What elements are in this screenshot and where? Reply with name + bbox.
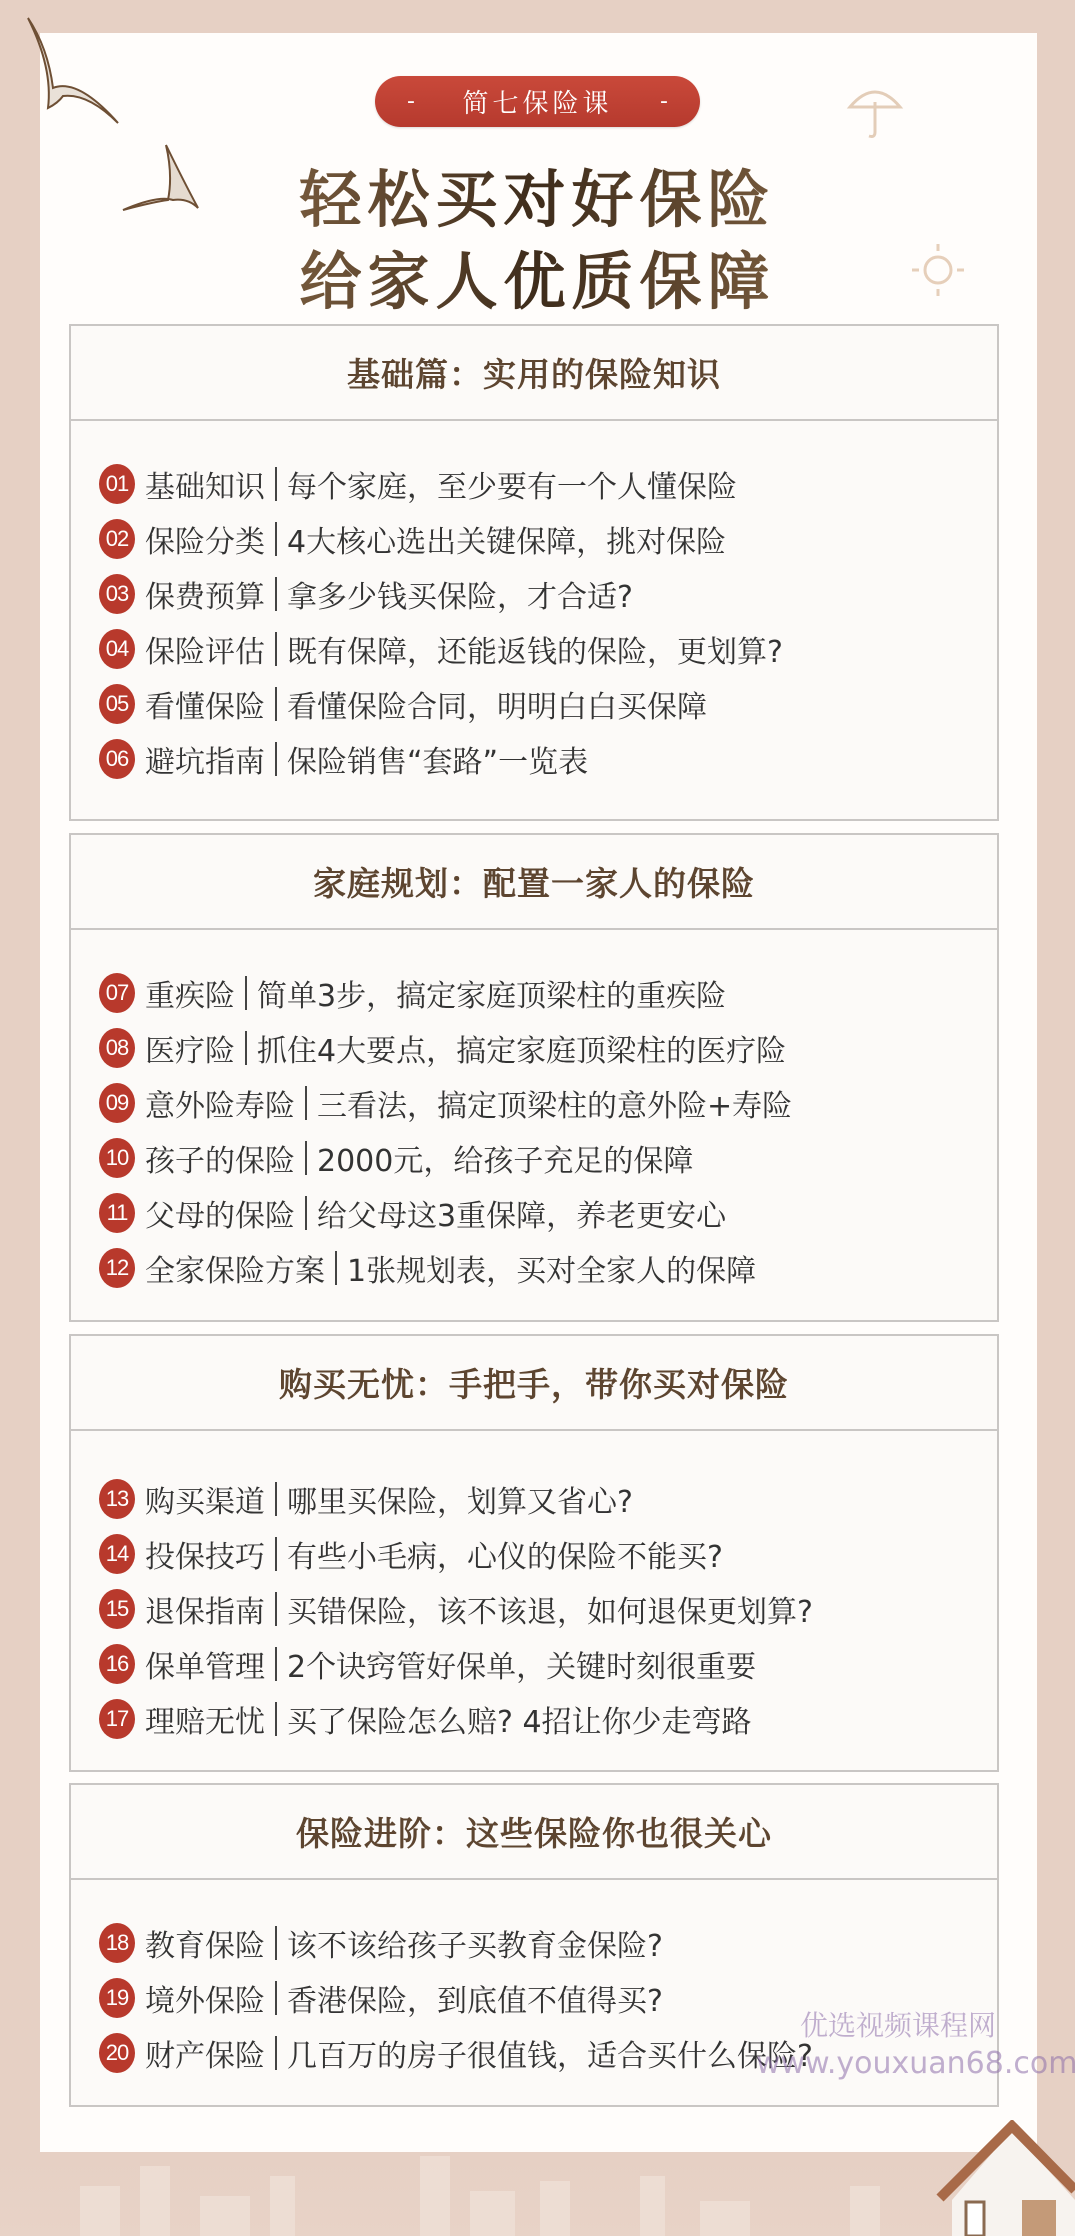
city-skyline	[0, 2152, 1075, 2236]
lesson-description: 哪里买保险，划算又省心?	[287, 1477, 633, 1521]
course-item[interactable]: 13购买渠道哪里买保险，划算又省心?	[71, 1471, 997, 1526]
sun-icon	[908, 240, 968, 300]
lesson-topic: 父母的保险	[145, 1191, 295, 1235]
section-card-purchase: 购买无忧：手把手，带你买对保险 13购买渠道哪里买保险，划算又省心? 14投保技…	[69, 1334, 999, 1772]
course-item[interactable]: 10孩子的保险2000元，给孩子充足的保障	[71, 1130, 997, 1185]
lesson-description: 1张规划表，买对全家人的保障	[347, 1246, 756, 1290]
lesson-number-badge: 11	[99, 1193, 135, 1233]
lesson-number-badge: 07	[99, 973, 135, 1013]
divider	[305, 1086, 307, 1120]
seagull-icon	[18, 8, 138, 128]
course-item[interactable]: 08医疗险抓住4大要点，搞定家庭顶梁柱的医疗险	[71, 1020, 997, 1075]
lesson-topic: 基础知识	[145, 462, 265, 506]
lesson-description: 拿多少钱买保险，才合适?	[287, 572, 633, 616]
lesson-topic: 境外保险	[145, 1976, 265, 2020]
course-item[interactable]: 03保费预算拿多少钱买保险，才合适?	[71, 566, 997, 621]
lesson-description: 该不该给孩子买教育金保险?	[287, 1921, 663, 1965]
course-badge: - 简七保险课 -	[375, 76, 700, 127]
lesson-description: 给父母这3重保障，养老更安心	[317, 1191, 726, 1235]
divider	[275, 2036, 277, 2070]
course-item[interactable]: 17理赔无忧买了保险怎么赔? 4招让你少走弯路	[71, 1691, 997, 1746]
lesson-description: 4大核心选出关键保障，挑对保险	[287, 517, 726, 561]
course-item[interactable]: 16保单管理2个诀窍管好保单，关键时刻很重要	[71, 1636, 997, 1691]
lesson-description: 三看法，搞定顶梁柱的意外险+寿险	[317, 1081, 792, 1125]
lesson-topic: 投保技巧	[145, 1532, 265, 1576]
course-item[interactable]: 04保险评估既有保障，还能返钱的保险，更划算?	[71, 621, 997, 676]
divider	[245, 976, 247, 1010]
lesson-description: 每个家庭，至少要有一个人懂保险	[287, 462, 737, 506]
divider	[305, 1141, 307, 1175]
lesson-number-badge: 04	[99, 629, 135, 669]
lesson-number-badge: 17	[99, 1699, 135, 1739]
lesson-topic: 保单管理	[145, 1642, 265, 1686]
lesson-number-badge: 13	[99, 1479, 135, 1519]
course-item[interactable]: 18教育保险该不该给孩子买教育金保险?	[71, 1915, 997, 1970]
course-item[interactable]: 11父母的保险给父母这3重保障，养老更安心	[71, 1185, 997, 1240]
lesson-topic: 医疗险	[145, 1026, 235, 1070]
divider	[275, 1647, 277, 1681]
lesson-number-badge: 06	[99, 739, 135, 779]
section-title: 保险进阶：这些保险你也很关心	[71, 1785, 997, 1880]
lesson-topic: 退保指南	[145, 1587, 265, 1631]
section-card-family-planning: 家庭规划：配置一家人的保险 07重疾险简单3步，搞定家庭顶梁柱的重疾险 08医疗…	[69, 833, 999, 1322]
section-card-basics: 基础篇：实用的保险知识 01基础知识每个家庭，至少要有一个人懂保险 02保险分类…	[69, 324, 999, 821]
lesson-description: 几百万的房子很值钱，适合买什么保险?	[287, 2031, 813, 2075]
divider	[275, 1926, 277, 1960]
lesson-topic: 保费预算	[145, 572, 265, 616]
lesson-topic: 重疾险	[145, 971, 235, 1015]
course-item[interactable]: 06避坑指南保险销售“套路”一览表	[71, 731, 997, 786]
divider	[275, 1702, 277, 1736]
lesson-description: 有些小毛病，心仪的保险不能买?	[287, 1532, 723, 1576]
lesson-number-badge: 01	[99, 464, 135, 504]
lesson-description: 保险销售“套路”一览表	[287, 737, 588, 781]
lesson-topic: 避坑指南	[145, 737, 265, 781]
lesson-number-badge: 14	[99, 1534, 135, 1574]
divider	[245, 1031, 247, 1065]
lesson-topic: 看懂保险	[145, 682, 265, 726]
lesson-topic: 孩子的保险	[145, 1136, 295, 1180]
divider	[275, 742, 277, 776]
lesson-number-badge: 18	[99, 1923, 135, 1963]
lesson-topic: 全家保险方案	[145, 1246, 325, 1290]
divider	[275, 1592, 277, 1626]
umbrella-icon	[845, 82, 905, 142]
pill-dash-right: -	[660, 89, 668, 114]
course-item[interactable]: 14投保技巧有些小毛病，心仪的保险不能买?	[71, 1526, 997, 1581]
section-title: 基础篇：实用的保险知识	[71, 326, 997, 421]
lesson-number-badge: 12	[99, 1248, 135, 1288]
lesson-number-badge: 15	[99, 1589, 135, 1629]
main-title-line1: 轻松买对好保险	[200, 150, 875, 239]
lesson-number-badge: 02	[99, 519, 135, 559]
course-item[interactable]: 01基础知识每个家庭，至少要有一个人懂保险	[71, 456, 997, 511]
lesson-topic: 保险分类	[145, 517, 265, 561]
course-item[interactable]: 12全家保险方案1张规划表，买对全家人的保障	[71, 1240, 997, 1295]
seagull-icon	[118, 140, 208, 220]
lesson-number-badge: 19	[99, 1978, 135, 2018]
lesson-number-badge: 10	[99, 1138, 135, 1178]
divider	[275, 577, 277, 611]
lesson-description: 买错保险，该不该退，如何退保更划算?	[287, 1587, 813, 1631]
watermark-site-name: 优选视频课程网	[800, 2004, 996, 2044]
section-title: 家庭规划：配置一家人的保险	[71, 835, 997, 930]
divider	[335, 1251, 337, 1285]
lesson-topic: 理赔无忧	[145, 1697, 265, 1741]
lesson-topic: 意外险寿险	[145, 1081, 295, 1125]
lesson-number-badge: 08	[99, 1028, 135, 1068]
house-icon	[930, 2120, 1075, 2236]
lesson-number-badge: 09	[99, 1083, 135, 1123]
divider	[275, 522, 277, 556]
lesson-number-badge: 03	[99, 574, 135, 614]
course-item[interactable]: 02保险分类4大核心选出关键保障，挑对保险	[71, 511, 997, 566]
lesson-description: 看懂保险合同，明明白白买保障	[287, 682, 707, 726]
lesson-description: 2个诀窍管好保单，关键时刻很重要	[287, 1642, 756, 1686]
lesson-number-badge: 16	[99, 1644, 135, 1684]
lesson-number-badge: 20	[99, 2033, 135, 2073]
divider	[275, 1537, 277, 1571]
lesson-topic: 购买渠道	[145, 1477, 265, 1521]
divider	[275, 1482, 277, 1516]
divider	[275, 632, 277, 666]
divider	[275, 1981, 277, 2015]
divider	[305, 1196, 307, 1230]
lesson-topic: 教育保险	[145, 1921, 265, 1965]
course-name: 简七保险课	[462, 83, 612, 120]
lesson-description: 既有保障，还能返钱的保险，更划算?	[287, 627, 783, 671]
divider	[275, 467, 277, 501]
watermark-url: www.youxuan68.com	[756, 2046, 1075, 2081]
lesson-description: 香港保险，到底值不值得买?	[287, 1976, 663, 2020]
lesson-description: 2000元，给孩子充足的保障	[317, 1136, 693, 1180]
course-item[interactable]: 15退保指南买错保险，该不该退，如何退保更划算?	[71, 1581, 997, 1636]
lesson-description: 买了保险怎么赔? 4招让你少走弯路	[287, 1697, 752, 1741]
pill-dash-left: -	[407, 89, 415, 114]
lesson-description: 抓住4大要点，搞定家庭顶梁柱的医疗险	[257, 1026, 786, 1070]
section-title: 购买无忧：手把手，带你买对保险	[71, 1336, 997, 1431]
divider	[275, 687, 277, 721]
course-item[interactable]: 05看懂保险看懂保险合同，明明白白买保障	[71, 676, 997, 731]
course-item[interactable]: 07重疾险简单3步，搞定家庭顶梁柱的重疾险	[71, 965, 997, 1020]
main-title-line2: 给家人优质保障	[200, 232, 875, 321]
lesson-number-badge: 05	[99, 684, 135, 724]
lesson-topic: 财产保险	[145, 2031, 265, 2075]
lesson-description: 简单3步，搞定家庭顶梁柱的重疾险	[257, 971, 726, 1015]
course-item[interactable]: 09意外险寿险三看法，搞定顶梁柱的意外险+寿险	[71, 1075, 997, 1130]
lesson-topic: 保险评估	[145, 627, 265, 671]
